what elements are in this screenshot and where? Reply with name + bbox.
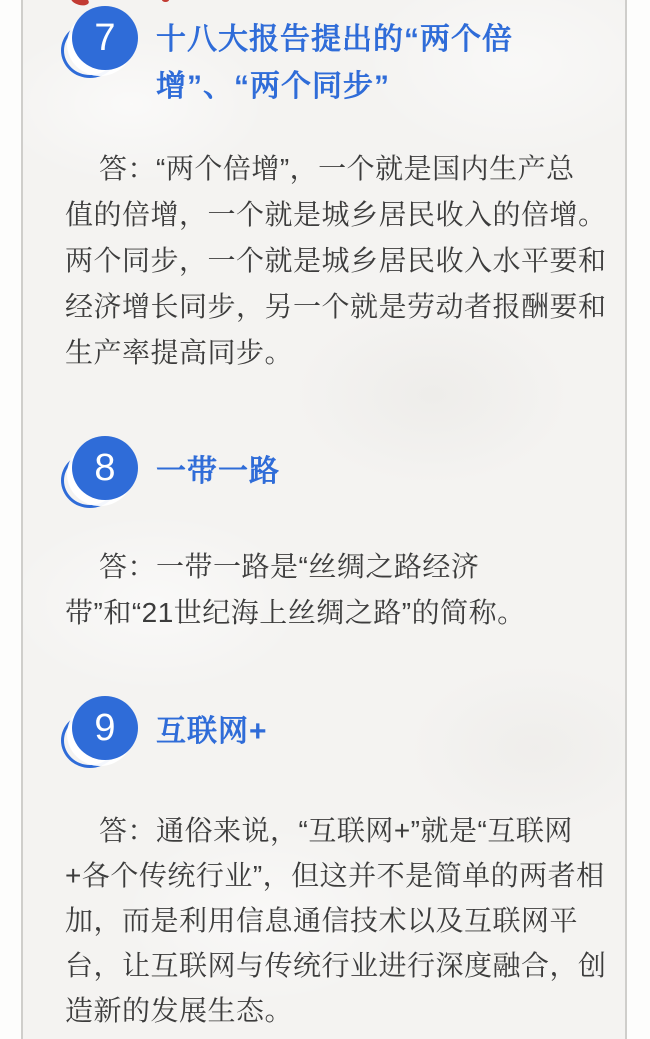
answer-line: 两个同步，一个就是城乡居民收入水平要和	[65, 238, 625, 284]
question-title-line: 增”、“两个同步”	[156, 63, 513, 110]
answer-line: 造新的发展生态。	[65, 988, 625, 1033]
answer-line: 台，让互联网与传统行业进行深度融合，创	[65, 943, 625, 988]
answer-line: 答：“两个倍增”，一个就是国内生产总	[65, 146, 625, 192]
badge-number: 9	[72, 696, 138, 760]
badge-number: 8	[72, 436, 138, 500]
question-title-8: 一带一路	[156, 448, 280, 495]
answer-paragraph-8: 答：一带一路是“丝绸之路经济 带”和“21世纪海上丝绸之路”的简称。	[65, 544, 625, 636]
answer-line: +各个传统行业”，但这并不是简单的两者相	[65, 853, 625, 898]
question-title-line: 十八大报告提出的“两个倍	[156, 16, 513, 63]
number-badge-8: 8	[61, 436, 145, 516]
answer-line: 答：通俗来说，“互联网+”就是“互联网	[65, 808, 625, 853]
red-ink-artifact	[162, 0, 169, 2]
answer-line: 带”和“21世纪海上丝绸之路”的简称。	[65, 590, 625, 636]
question-title-line: 互联网+	[156, 708, 268, 755]
article-page: 7 十八大报告提出的“两个倍 增”、“两个同步” 答：“两个倍增”，一个就是国内…	[0, 0, 650, 1039]
number-badge-9: 9	[61, 696, 145, 776]
answer-line: 经济增长同步，另一个就是劳动者报酬要和	[65, 284, 625, 330]
number-badge-7: 7	[61, 6, 145, 86]
answer-paragraph-7: 答：“两个倍增”，一个就是国内生产总 值的倍增，一个就是城乡居民收入的倍增。 两…	[65, 146, 625, 376]
question-title-line: 一带一路	[156, 448, 280, 495]
answer-line: 生产率提高同步。	[65, 330, 625, 376]
answer-line: 值的倍增，一个就是城乡居民收入的倍增。	[65, 192, 625, 238]
answer-line: 答：一带一路是“丝绸之路经济	[65, 544, 625, 590]
answer-line: 加，而是利用信息通信技术以及互联网平	[65, 898, 625, 943]
question-title-9: 互联网+	[156, 708, 268, 755]
question-title-7: 十八大报告提出的“两个倍 增”、“两个同步”	[156, 16, 513, 110]
paper-background: 7 十八大报告提出的“两个倍 增”、“两个同步” 答：“两个倍增”，一个就是国内…	[21, 0, 627, 1039]
badge-number: 7	[72, 6, 138, 70]
answer-paragraph-9: 答：通俗来说，“互联网+”就是“互联网 +各个传统行业”，但这并不是简单的两者相…	[65, 808, 625, 1033]
